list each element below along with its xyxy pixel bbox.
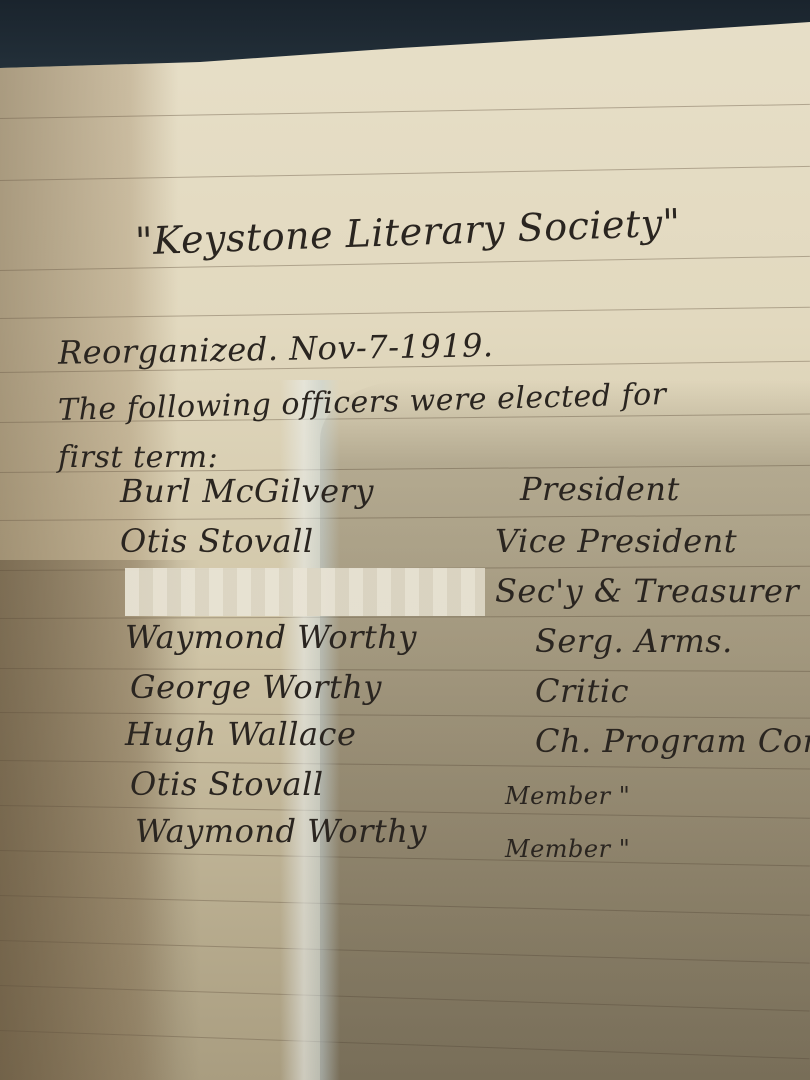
ruled-line bbox=[0, 895, 810, 916]
officer-name: Otis Stovall bbox=[120, 522, 314, 560]
officer-name: Waymond Worthy bbox=[125, 618, 417, 656]
ruled-line bbox=[0, 850, 810, 867]
officer-name: George Worthy bbox=[130, 668, 382, 706]
ruled-line bbox=[0, 166, 810, 181]
ruled-line bbox=[0, 668, 810, 672]
ruled-line bbox=[0, 760, 810, 769]
ruled-line bbox=[0, 514, 810, 521]
officer-office: Ch. Program Com. bbox=[535, 722, 810, 760]
officer-name: Burl McGilvery bbox=[120, 472, 374, 510]
ruled-line bbox=[0, 104, 810, 119]
ruled-line bbox=[0, 1030, 810, 1059]
ruled-line bbox=[0, 256, 810, 271]
officer-name: Waymond Worthy bbox=[135, 812, 427, 850]
intro-line-2: first term: bbox=[58, 440, 218, 475]
officer-office: Member " bbox=[505, 835, 630, 863]
officer-office: Sec'y & Treasurer bbox=[495, 572, 799, 610]
ruled-line bbox=[0, 712, 810, 719]
officer-office: Member " bbox=[505, 782, 630, 810]
ruled-line bbox=[0, 307, 810, 319]
officer-office: Critic bbox=[535, 672, 629, 710]
officer-name: Hugh Wallace bbox=[125, 715, 356, 753]
officer-office: President bbox=[520, 470, 680, 508]
officer-office: Vice President bbox=[495, 522, 737, 560]
officer-office: Serg. Arms. bbox=[535, 622, 733, 660]
ruled-line bbox=[0, 985, 810, 1011]
redacted-name bbox=[125, 568, 485, 616]
officer-name: Otis Stovall bbox=[130, 765, 324, 803]
reorganized-date-line: Reorganized. Nov-7-1919. bbox=[58, 326, 494, 372]
ruled-line bbox=[0, 940, 810, 964]
